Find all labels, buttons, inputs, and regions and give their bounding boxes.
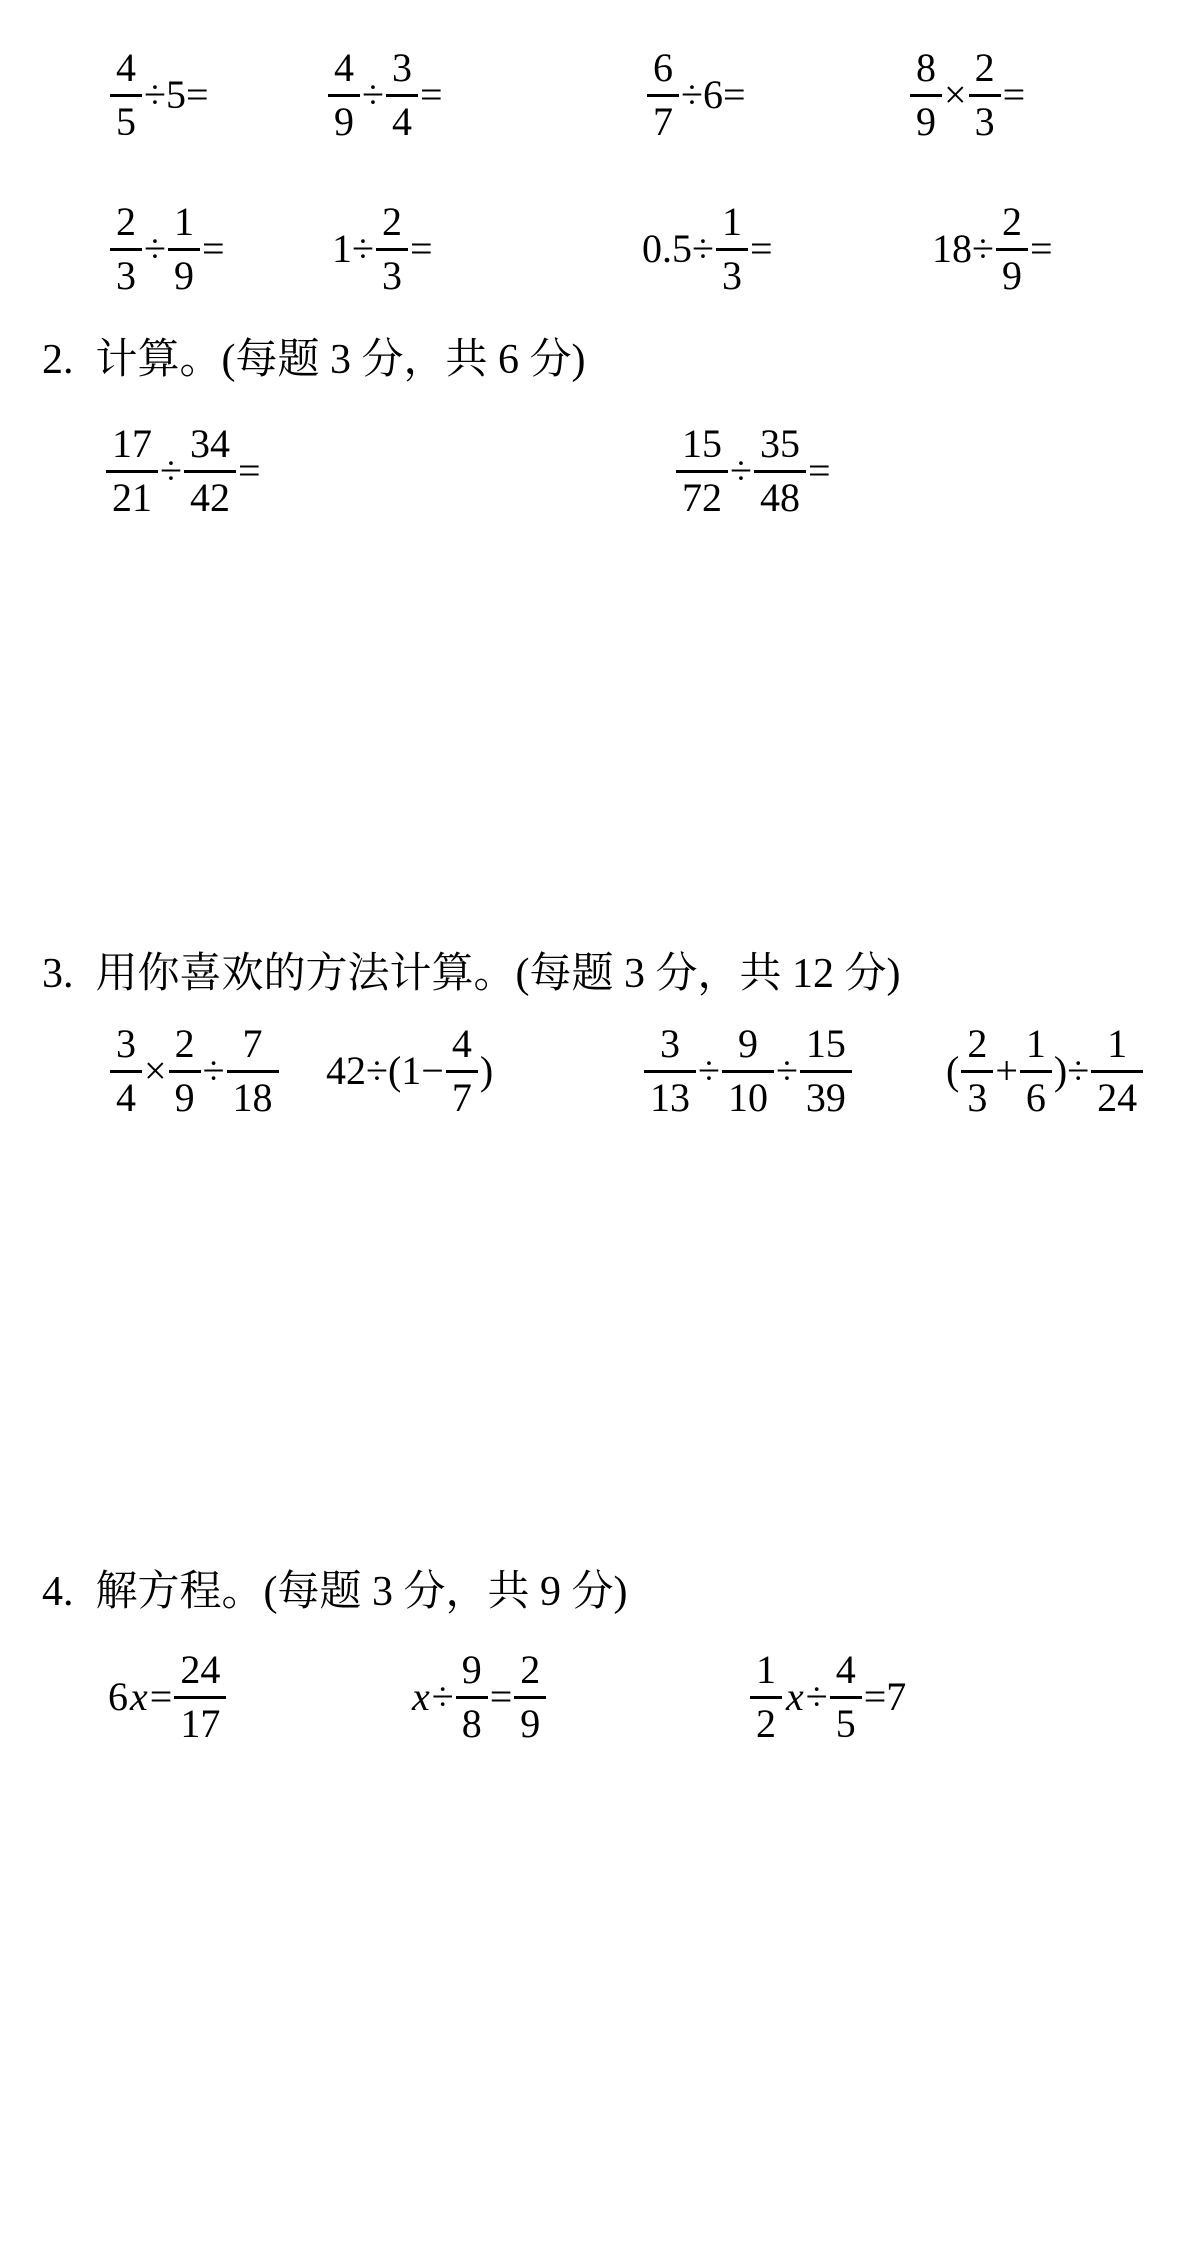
equation-problem-2: x÷98=29 <box>410 1646 548 1749</box>
math-text: = <box>410 225 433 273</box>
math-text: 18÷ <box>932 225 994 273</box>
fraction-denominator: 48 <box>754 470 806 523</box>
math-text: =7 <box>864 1673 907 1721</box>
fraction-numerator: 34 <box>184 420 236 470</box>
fraction-denominator: 9 <box>514 1696 546 1749</box>
fraction-numerator: 1 <box>750 1646 782 1696</box>
fraction-numerator: 1 <box>1101 1020 1133 1070</box>
fraction-denominator: 2 <box>750 1696 782 1749</box>
fraction: 19 <box>168 198 200 301</box>
section-2-title: 计算。(每题 3 分，共 6 分) <box>96 330 586 391</box>
fraction: 313 <box>644 1020 696 1123</box>
fraction: 23 <box>969 44 1001 147</box>
fraction-numerator: 1 <box>168 198 200 248</box>
oral-problem-2: 49÷34= <box>326 44 443 147</box>
fraction-denominator: 6 <box>1020 1070 1052 1123</box>
fraction-numerator: 4 <box>110 44 142 94</box>
fraction-numerator: 3 <box>386 44 418 94</box>
fraction-numerator: 2 <box>961 1020 993 1070</box>
math-text: ÷5= <box>144 71 209 119</box>
flex-method-problem-2: 42÷(1−47) <box>326 1020 493 1123</box>
math-text: ÷ <box>160 447 182 495</box>
fraction-numerator: 9 <box>456 1646 488 1696</box>
fraction: 910 <box>722 1020 774 1123</box>
fraction: 89 <box>910 44 942 147</box>
fraction-numerator: 2 <box>969 44 1001 94</box>
calc-problem-1: 1721÷3442= <box>104 420 261 523</box>
oral-problem-1: 45÷5= <box>108 44 209 147</box>
fraction-denominator: 4 <box>110 1070 142 1123</box>
math-text: ÷ <box>432 1673 454 1721</box>
section-3-title: 用你喜欢的方法计算。(每题 3 分，共 12 分) <box>96 944 901 1005</box>
math-text: 6 <box>108 1673 128 1721</box>
math-text: ÷ <box>776 1047 798 1095</box>
fraction-numerator: 2 <box>376 198 408 248</box>
fraction: 1572 <box>676 420 728 523</box>
fraction-denominator: 9 <box>996 248 1028 301</box>
fraction-denominator: 5 <box>110 94 142 147</box>
section-4-heading: 4. 解方程。(每题 3 分，共 9 分) <box>42 1562 627 1623</box>
oral-problem-3: 67÷6= <box>645 44 746 147</box>
section-4-number: 4. <box>42 1562 74 1623</box>
fraction-numerator: 4 <box>328 44 360 94</box>
variable: x <box>410 1673 432 1721</box>
fraction-denominator: 17 <box>174 1696 226 1749</box>
fraction-denominator: 3 <box>969 94 1001 147</box>
fraction-numerator: 3 <box>654 1020 686 1070</box>
equation-problem-1: 6x=2417 <box>108 1646 228 1749</box>
math-text: = <box>490 1673 513 1721</box>
fraction: 3548 <box>754 420 806 523</box>
fraction: 16 <box>1020 1020 1052 1123</box>
fraction-numerator: 15 <box>800 1020 852 1070</box>
math-text: + <box>995 1047 1018 1095</box>
math-text: = <box>750 225 773 273</box>
oral-problem-6: 1÷23= <box>332 198 433 301</box>
fraction: 49 <box>328 44 360 147</box>
fraction-denominator: 5 <box>830 1696 862 1749</box>
section-2-number: 2. <box>42 330 74 391</box>
fraction: 2417 <box>174 1646 226 1749</box>
fraction: 23 <box>961 1020 993 1123</box>
fraction-denominator: 39 <box>800 1070 852 1123</box>
fraction-denominator: 9 <box>169 1070 201 1123</box>
fraction-denominator: 7 <box>446 1070 478 1123</box>
fraction-numerator: 17 <box>106 420 158 470</box>
math-text: ÷ <box>730 447 752 495</box>
fraction: 1721 <box>106 420 158 523</box>
fraction: 67 <box>647 44 679 147</box>
fraction-denominator: 42 <box>184 470 236 523</box>
math-text: = <box>1003 71 1026 119</box>
fraction-numerator: 35 <box>754 420 806 470</box>
section-3-number: 3. <box>42 944 74 1005</box>
fraction-numerator: 6 <box>647 44 679 94</box>
fraction-numerator: 2 <box>514 1646 546 1696</box>
math-text: ÷ <box>362 71 384 119</box>
fraction: 124 <box>1091 1020 1143 1123</box>
fraction-numerator: 7 <box>237 1020 269 1070</box>
fraction: 29 <box>996 198 1028 301</box>
fraction-denominator: 10 <box>722 1070 774 1123</box>
fraction-denominator: 9 <box>328 94 360 147</box>
fraction-denominator: 8 <box>456 1696 488 1749</box>
fraction-denominator: 3 <box>376 248 408 301</box>
math-text: ÷ <box>806 1673 828 1721</box>
fraction-denominator: 18 <box>227 1070 279 1123</box>
fraction-numerator: 4 <box>830 1646 862 1696</box>
math-text: 0.5÷ <box>642 225 714 273</box>
fraction: 29 <box>514 1646 546 1749</box>
fraction-numerator: 2 <box>110 198 142 248</box>
math-text: × <box>944 71 967 119</box>
fraction-numerator: 4 <box>446 1020 478 1070</box>
fraction: 1539 <box>800 1020 852 1123</box>
oral-problem-4: 89×23= <box>908 44 1025 147</box>
fraction: 29 <box>169 1020 201 1123</box>
fraction-numerator: 24 <box>174 1646 226 1696</box>
fraction-denominator: 13 <box>644 1070 696 1123</box>
oral-problem-7: 0.5÷13= <box>642 198 773 301</box>
fraction: 45 <box>110 44 142 147</box>
fraction-numerator: 15 <box>676 420 728 470</box>
fraction: 12 <box>750 1646 782 1749</box>
math-text: = <box>420 71 443 119</box>
flex-method-problem-1: 34×29÷718 <box>108 1020 281 1123</box>
fraction-denominator: 3 <box>961 1070 993 1123</box>
math-text: ) <box>480 1047 493 1095</box>
math-text: ( <box>946 1047 959 1095</box>
math-text: ÷6= <box>681 71 746 119</box>
math-text: 42÷(1− <box>326 1047 444 1095</box>
math-text: )÷ <box>1054 1047 1089 1095</box>
fraction-denominator: 7 <box>647 94 679 147</box>
fraction-denominator: 4 <box>386 94 418 147</box>
fraction: 23 <box>376 198 408 301</box>
math-text: = <box>1030 225 1053 273</box>
variable: x <box>128 1673 150 1721</box>
math-text: = <box>238 447 261 495</box>
worksheet-page: 45÷5= 49÷34= 67÷6= 89×23= 23÷19= 1÷23= 0… <box>0 0 1194 2268</box>
math-text: ÷ <box>698 1047 720 1095</box>
fraction-denominator: 72 <box>676 470 728 523</box>
calc-problem-2: 1572÷3548= <box>674 420 831 523</box>
fraction-denominator: 9 <box>910 94 942 147</box>
math-text: ÷ <box>144 225 166 273</box>
fraction: 23 <box>110 198 142 301</box>
fraction-numerator: 9 <box>732 1020 764 1070</box>
fraction-numerator: 1 <box>716 198 748 248</box>
fraction-numerator: 3 <box>110 1020 142 1070</box>
section-4-title: 解方程。(每题 3 分，共 9 分) <box>96 1562 628 1623</box>
section-2-heading: 2. 计算。(每题 3 分，共 6 分) <box>42 330 585 391</box>
fraction-denominator: 24 <box>1091 1070 1143 1123</box>
fraction-denominator: 3 <box>716 248 748 301</box>
fraction-denominator: 21 <box>106 470 158 523</box>
fraction-numerator: 8 <box>910 44 942 94</box>
fraction: 34 <box>386 44 418 147</box>
fraction-denominator: 3 <box>110 248 142 301</box>
fraction: 718 <box>227 1020 279 1123</box>
oral-problem-8: 18÷29= <box>932 198 1053 301</box>
math-text: = <box>150 1673 173 1721</box>
oral-problem-5: 23÷19= <box>108 198 225 301</box>
fraction-denominator: 9 <box>168 248 200 301</box>
math-text: 1÷ <box>332 225 374 273</box>
math-text: ÷ <box>203 1047 225 1095</box>
fraction-numerator: 2 <box>996 198 1028 248</box>
flex-method-problem-4: (23+16)÷124 <box>946 1020 1145 1123</box>
fraction: 3442 <box>184 420 236 523</box>
fraction: 98 <box>456 1646 488 1749</box>
fraction-numerator: 2 <box>169 1020 201 1070</box>
math-text: = <box>202 225 225 273</box>
math-text: = <box>808 447 831 495</box>
fraction: 47 <box>446 1020 478 1123</box>
math-text: × <box>144 1047 167 1095</box>
fraction: 34 <box>110 1020 142 1123</box>
fraction: 13 <box>716 198 748 301</box>
section-3-heading: 3. 用你喜欢的方法计算。(每题 3 分，共 12 分) <box>42 944 900 1005</box>
fraction: 45 <box>830 1646 862 1749</box>
equation-problem-3: 12x÷45=7 <box>748 1646 906 1749</box>
fraction-numerator: 1 <box>1020 1020 1052 1070</box>
variable: x <box>784 1673 806 1721</box>
flex-method-problem-3: 313÷910÷1539 <box>642 1020 854 1123</box>
